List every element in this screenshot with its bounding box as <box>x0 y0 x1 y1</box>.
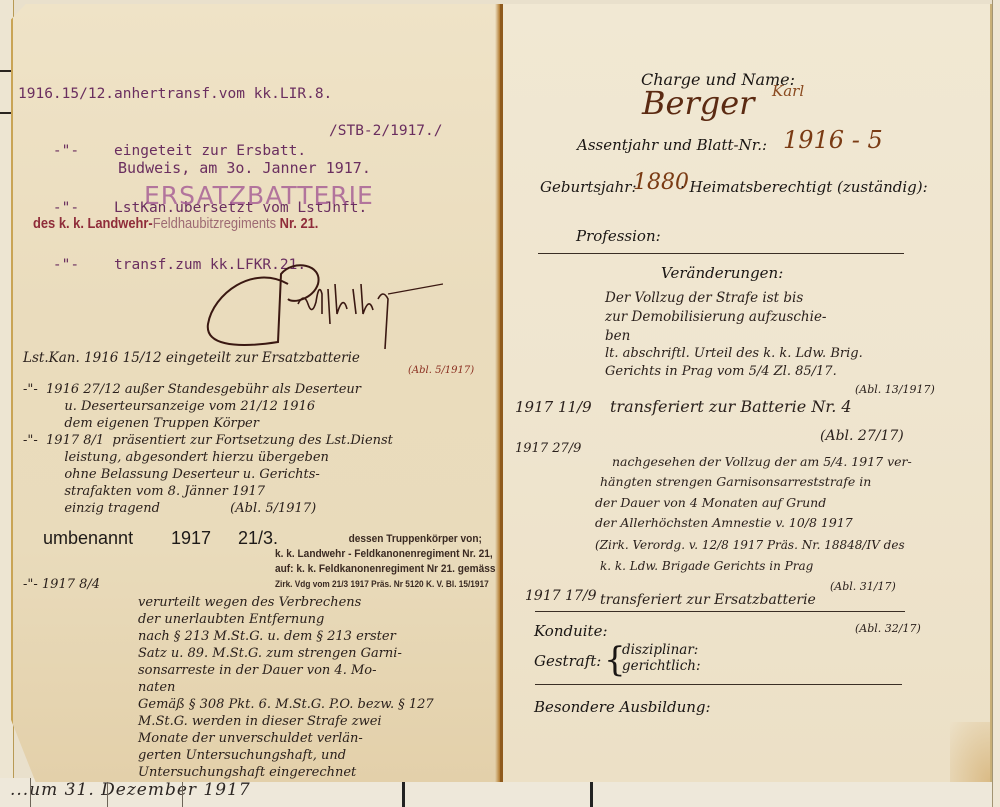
handwritten-entry: Satz u. 89. M.St.G. zum strengen Garni- <box>138 645 402 662</box>
profession-label: Profession: <box>576 227 661 245</box>
handwritten-entry: einzig tragend (Abl. 5/1917) <box>23 500 316 517</box>
handwritten-entry: nach § 213 M.St.G. u. dem § 213 erster <box>138 628 396 645</box>
stamp-regiment-number: Nr. 21. <box>280 215 319 232</box>
change-entry-reference: (Abl. 32/17) <box>855 620 921 637</box>
change-entry-line: der Dauer von 4 Monaten auf Grund <box>595 494 826 511</box>
gestraft-label: Gestraft: <box>534 652 601 670</box>
change-entry-date: 1917 27/9 <box>515 440 581 457</box>
change-entry-line: transferiert zur Ersatzbatterie <box>600 592 816 609</box>
handwritten-entry: leistung, abgesondert hierzu übergeben <box>23 449 329 466</box>
change-entry-line: ben <box>605 328 630 345</box>
stamp-umbenannt-date: 21/3. <box>238 528 278 549</box>
stamp-line: auf: k. k. Feldkanonenregiment Nr 21. ge… <box>275 562 494 577</box>
left-page: 1916.15/12.anhertransf.vom kk.LIR.8. -"-… <box>11 4 503 782</box>
change-entry-line: (Zirk. Verordg. v. 12/8 1917 Präs. Nr. 1… <box>595 537 905 554</box>
change-entry-line: der Allerhöchsten Amnestie v. 10/8 1917 <box>595 514 853 531</box>
handwritten-entry: dem eigenen Truppen Körper <box>23 415 259 432</box>
handwritten-entry: -"- 1917 8/1 präsentiert zur Fortsetzung… <box>23 432 393 449</box>
handwritten-entry: verurteilt wegen des Verbrechens <box>138 594 361 611</box>
changes-label: Veränderungen: <box>661 264 783 282</box>
handwritten-entry: Lst.Kan. 1916 15/12 eingeteilt zur Ersat… <box>23 350 360 367</box>
change-entry-line: hängten strengen Garnisonsarreststrafe i… <box>600 473 871 490</box>
change-entry-line: Der Vollzug der Strafe ist bis <box>605 290 803 307</box>
ausbildung-label: Besondere Ausbildung: <box>534 698 711 716</box>
disziplinar-label: disziplinar: <box>622 642 698 658</box>
surname-value: Berger <box>642 84 754 122</box>
stamp-regiment-mid: regiments <box>219 215 279 232</box>
change-entry-line: nachgesehen der Vollzug der am 5/4. 1917… <box>612 453 912 470</box>
change-entry-reference: (Abl. 27/17) <box>820 428 904 445</box>
stamp-line: dessen Truppenkörper von; <box>275 532 494 547</box>
divider <box>538 253 904 254</box>
handwritten-entry: ohne Belassung Deserteur u. Gerichts- <box>23 466 320 483</box>
change-entry-line: Gerichts in Prag vom 5/4 Zl. 85/17. <box>605 363 837 380</box>
stamp-regiment-faded: Feldhaubitz <box>153 215 220 232</box>
underlying-sheet-bottom: ...um 31. Dezember 1917 <box>0 778 1000 807</box>
assent-label: Assentjahr und Blatt-Nr.: <box>577 136 767 154</box>
birth-year-label: Geburtsjahr: <box>540 178 637 196</box>
stamp-line: Zirk. Vdg vom 21/3 1917 Präs. Nr 5120 K.… <box>275 577 494 592</box>
divider <box>535 684 902 685</box>
change-entry-line: k. k. Ldw. Brigade Gerichts in Prag <box>600 558 813 575</box>
handwritten-entry: Untersuchungshaft eingerechnet <box>138 764 356 781</box>
typed-entry-ditto: -"- <box>18 143 114 159</box>
place-date: Budweis, am 3o. Janner 1917. <box>118 159 371 178</box>
change-entry-reference: (Abl. 13/1917) <box>855 381 935 398</box>
gerichtlich-label: gerichtlich: <box>622 658 701 674</box>
divider <box>535 611 905 612</box>
handwritten-entry: u. Deserteursanzeige vom 21/12 1916 <box>23 398 315 415</box>
konduite-label: Konduite: <box>534 622 608 640</box>
given-name-value: Karl <box>772 82 804 100</box>
typed-entry-ditto: -"- <box>18 200 114 216</box>
typed-entry-ditto: -"- <box>18 257 114 273</box>
stamp-truppenkoerper: dessen Truppenkörper von; k. k. Landwehr… <box>275 532 494 592</box>
typed-reference: /STB-2/1917./ <box>329 122 443 141</box>
assent-value: 1916 - 5 <box>783 126 883 154</box>
ruled-line <box>107 778 108 807</box>
handwritten-entry: Gemäß § 308 Pkt. 6. M.St.G. P.O. bezw. §… <box>138 696 434 713</box>
handwritten-entry-date: -"- 1917 8/4 <box>23 576 100 593</box>
typed-entry-text: anhertransf.vom kk.LIR.8. <box>114 86 332 102</box>
typed-entry-text: eingeteit zur Ersbatt. <box>114 143 306 159</box>
change-entry-line: lt. abschriftl. Urteil des k. k. Ldw. Br… <box>605 345 863 362</box>
change-entry-date: 1917 17/9 <box>525 588 597 605</box>
stamp-umbenannt-year: 1917 <box>171 528 211 549</box>
paper-stain <box>950 722 990 782</box>
handwritten-entry: naten <box>138 679 175 696</box>
handwritten-entry: M.St.G. werden in dieser Strafe zwei <box>138 713 382 730</box>
stamp-ersatzbatterie: ERSATZBATTERIE <box>144 181 374 210</box>
change-entry-date: 1917 11/9 <box>515 399 592 416</box>
signature-icon <box>193 254 443 354</box>
stamp-regiment: des k. k. Landwehr-Feldhaubitzregiments … <box>33 215 318 232</box>
change-entry-line: zur Demobilisierung aufzuschie- <box>605 309 827 326</box>
change-entry-line: transferiert zur Batterie Nr. 4 <box>610 398 852 415</box>
handwritten-entry: sonsarreste in der Dauer von 4. Mo- <box>138 662 377 679</box>
ruled-line <box>30 778 31 807</box>
ruled-line <box>590 778 593 807</box>
handwritten-entry: strafakten vom 8. Jänner 1917 <box>23 483 265 500</box>
heimat-label: · Heimatsberechtigt (zuständig): <box>680 178 928 196</box>
stamp-regiment-start: des k. k. Landwehr- <box>33 215 153 232</box>
handwritten-reference: (Abl. 5/1917) <box>408 362 474 379</box>
ruled-line <box>402 778 405 807</box>
ruled-line <box>182 778 183 807</box>
typed-entry-date: 1916.15/12. <box>18 86 114 102</box>
stamp-umbenannt: umbenannt <box>43 528 133 549</box>
page-edge <box>992 0 1000 807</box>
typed-entry: 1916.15/12.anhertransf.vom kk.LIR.8. <box>18 85 367 104</box>
handwritten-entry: Monate der unverschuldet verlän- <box>138 730 363 747</box>
change-entry-reference: (Abl. 31/17) <box>830 578 896 595</box>
handwritten-entry: gerten Untersuchungshaft, und <box>138 747 346 764</box>
handwritten-entry: der unerlaubten Entfernung <box>138 611 324 628</box>
stamp-line: k. k. Landwehr - Feldkanonenregiment Nr.… <box>275 547 494 562</box>
handwritten-entry: -"- 1916 27/12 außer Standesgebühr als D… <box>23 381 361 398</box>
underlying-handwriting: ...um 31. Dezember 1917 <box>10 780 251 800</box>
